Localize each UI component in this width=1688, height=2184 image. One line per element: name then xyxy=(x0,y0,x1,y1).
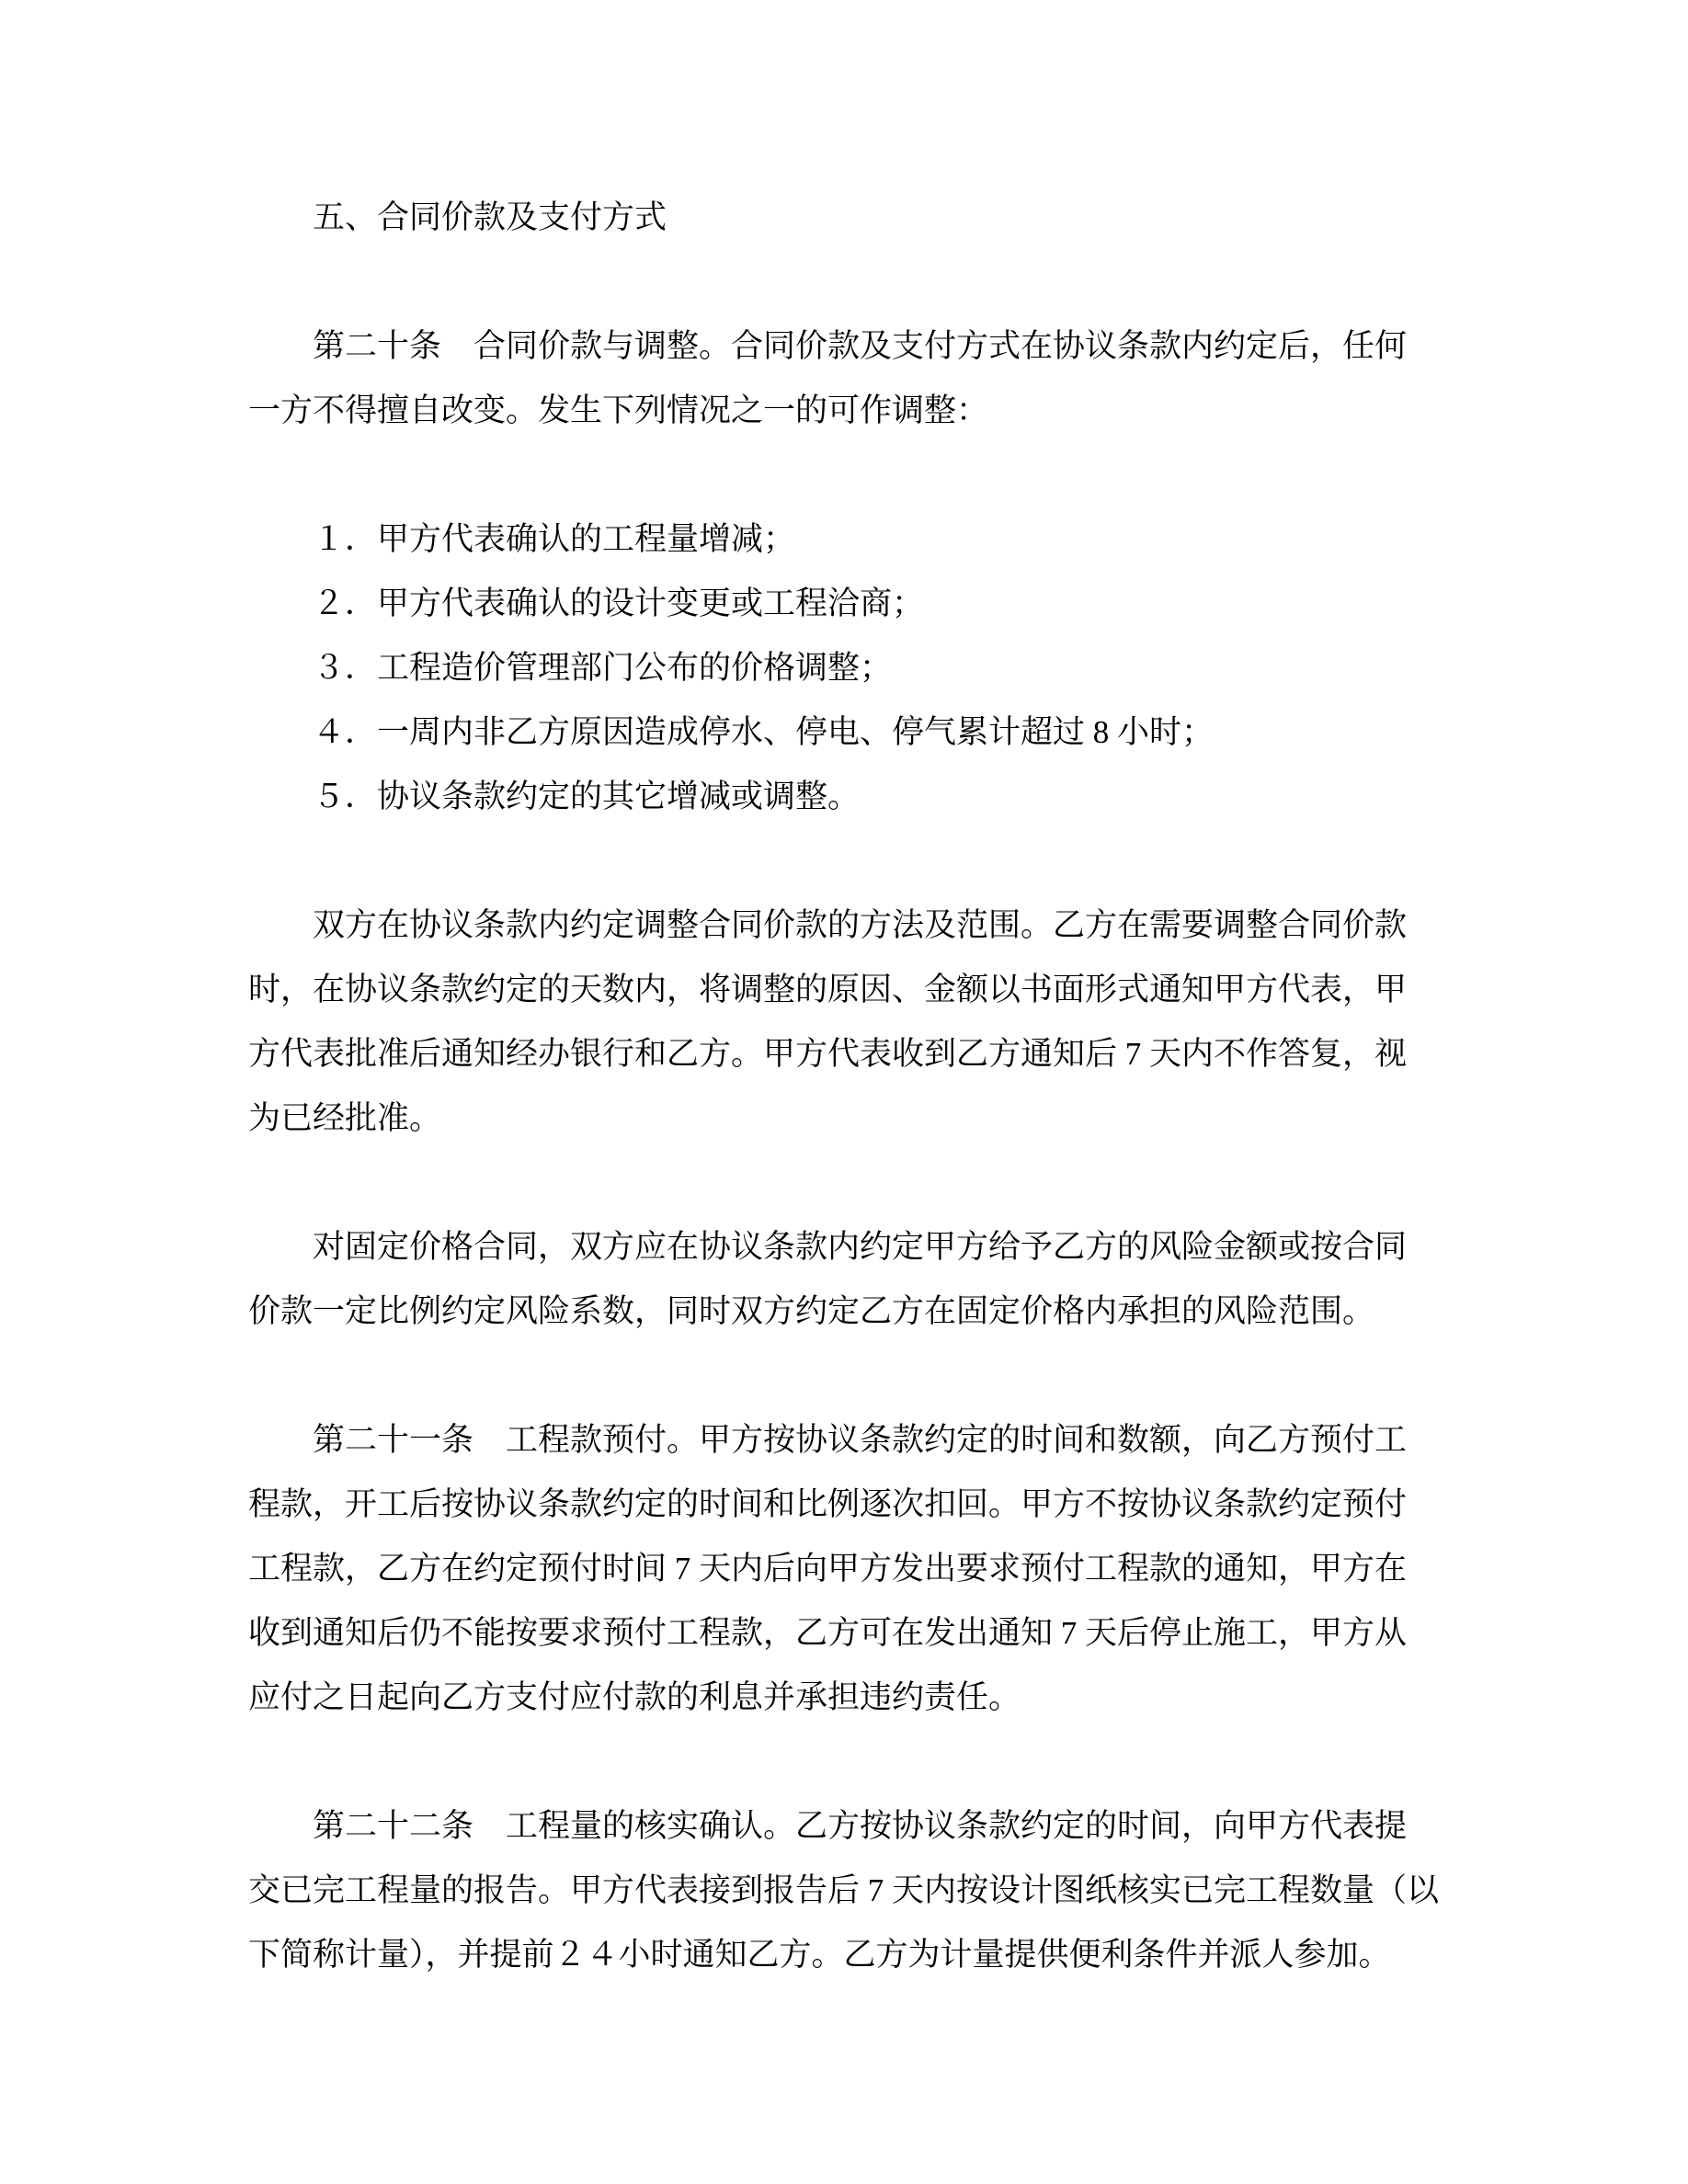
paragraph-line: 应付之日起向乙方支付应付款的利息并承担违约责任。 xyxy=(248,1666,1517,1730)
paragraph-line: 对固定价格合同，双方应在协议条款内约定甲方给予乙方的风险金额或按合同 xyxy=(248,1215,1517,1280)
paragraph-line: 第二十条 合同价款与调整。合同价款及支付方式在协议条款内约定后，任何 xyxy=(248,314,1517,379)
paragraph-line: 交已完工程量的报告。甲方代表接到报告后 7 天内按设计图纸核实已完工程数量（以 xyxy=(248,1859,1517,1923)
list-item: ３．工程造价管理部门公布的价格调整； xyxy=(248,636,1517,700)
paragraph-line: 为已经批准。 xyxy=(248,1086,1517,1151)
paragraph-line: 时，在协议条款约定的天数内，将调整的原因、金额以书面形式通知甲方代表，甲 xyxy=(248,958,1517,1022)
paragraph-line: 一方不得擅自改变。发生下列情况之一的可作调整： xyxy=(248,379,1517,443)
document-page: 五、合同价款及支付方式 第二十条 合同价款与调整。合同价款及支付方式在协议条款内… xyxy=(0,0,1688,2184)
clause-20-list: １．甲方代表确认的工程量增减； ２．甲方代表确认的设计变更或工程洽商； ３．工程… xyxy=(248,507,1517,829)
paragraph-line: 方代表批准后通知经办银行和乙方。甲方代表收到乙方通知后 7 天内不作答复，视 xyxy=(248,1022,1517,1086)
clause-21-paragraph: 第二十一条 工程款预付。甲方按协议条款约定的时间和数额，向乙方预付工 程款，开工… xyxy=(248,1408,1517,1730)
list-item: ２．甲方代表确认的设计变更或工程洽商； xyxy=(248,572,1517,636)
paragraph-line: 第二十一条 工程款预付。甲方按协议条款约定的时间和数额，向乙方预付工 xyxy=(248,1408,1517,1473)
clause-22-paragraph: 第二十二条 工程量的核实确认。乙方按协议条款约定的时间，向甲方代表提 交已完工程… xyxy=(248,1794,1517,1987)
paragraph-line: 下简称计量），并提前２４小时通知乙方。乙方为计量提供便利条件并派人参加。 xyxy=(248,1923,1517,1987)
document-content: 五、合同价款及支付方式 第二十条 合同价款与调整。合同价款及支付方式在协议条款内… xyxy=(248,186,1517,1987)
section-title: 五、合同价款及支付方式 xyxy=(248,186,1517,250)
paragraph-line: 第二十二条 工程量的核实确认。乙方按协议条款约定的时间，向甲方代表提 xyxy=(248,1794,1517,1859)
paragraph-line: 价款一定比例约定风险系数，同时双方约定乙方在固定价格内承担的风险范围。 xyxy=(248,1280,1517,1344)
clause-20-paragraph: 第二十条 合同价款与调整。合同价款及支付方式在协议条款内约定后，任何 一方不得擅… xyxy=(248,314,1517,443)
list-item: ４．一周内非乙方原因造成停水、停电、停气累计超过 8 小时； xyxy=(248,700,1517,765)
section-title-block: 五、合同价款及支付方式 xyxy=(248,186,1517,250)
paragraph-adjustment-method: 双方在协议条款内约定调整合同价款的方法及范围。乙方在需要调整合同价款 时，在协议… xyxy=(248,893,1517,1151)
paragraph-line: 程款，开工后按协议条款约定的时间和比例逐次扣回。甲方不按协议条款约定预付 xyxy=(248,1473,1517,1537)
paragraph-line: 双方在协议条款内约定调整合同价款的方法及范围。乙方在需要调整合同价款 xyxy=(248,893,1517,958)
list-item: １．甲方代表确认的工程量增减； xyxy=(248,507,1517,572)
list-item: ５．协议条款约定的其它增减或调整。 xyxy=(248,765,1517,829)
paragraph-line: 工程款，乙方在约定预付时间 7 天内后向甲方发出要求预付工程款的通知，甲方在 xyxy=(248,1537,1517,1601)
paragraph-fixed-price: 对固定价格合同，双方应在协议条款内约定甲方给予乙方的风险金额或按合同 价款一定比… xyxy=(248,1215,1517,1344)
paragraph-line: 收到通知后仍不能按要求预付工程款，乙方可在发出通知 7 天后停止施工，甲方从 xyxy=(248,1601,1517,1666)
